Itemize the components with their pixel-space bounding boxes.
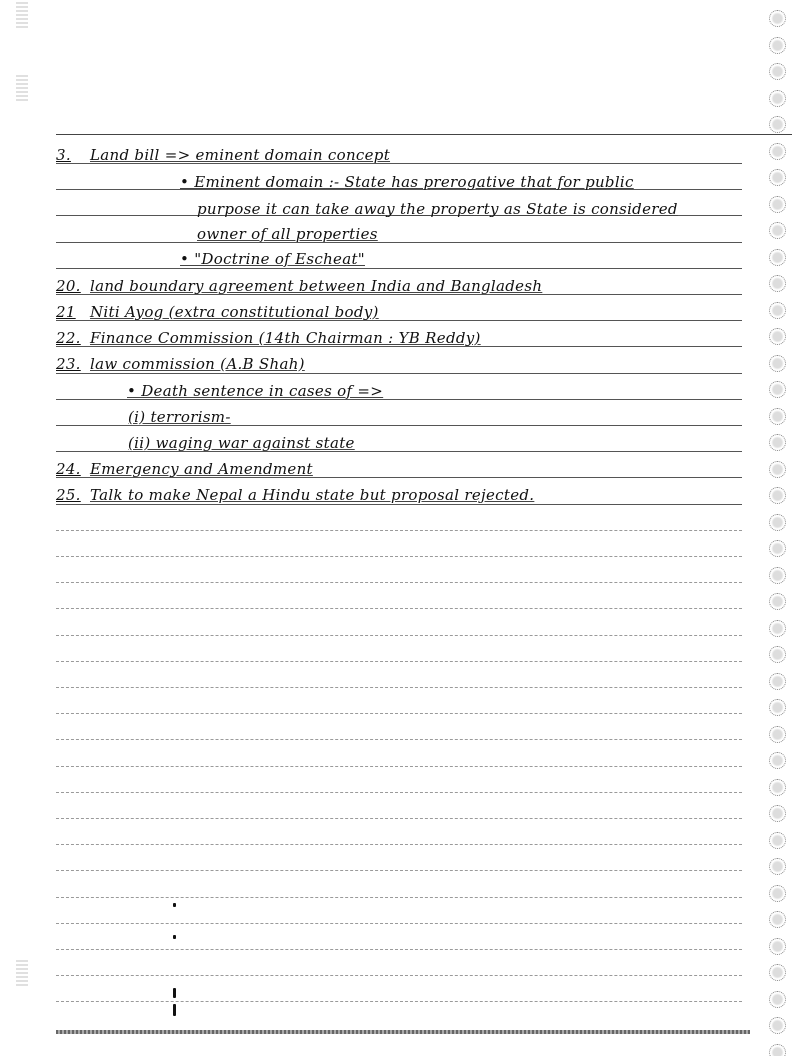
- spiral-binding-holes: [760, 0, 786, 1056]
- binding-hole: [769, 646, 786, 663]
- note-subline: • "Doctrine of Escheat": [180, 250, 365, 268]
- binding-hole: [769, 434, 786, 451]
- note-line-20: 20.land boundary agreement between India…: [56, 277, 542, 295]
- binding-hole: [769, 752, 786, 769]
- binding-hole: [769, 249, 786, 266]
- ruled-line: [56, 635, 742, 636]
- binding-hole: [769, 699, 786, 716]
- binding-hole: [769, 779, 786, 796]
- binding-hole: [769, 964, 786, 981]
- binding-hole: [769, 805, 786, 822]
- binding-hole: [769, 90, 786, 107]
- ink-mark: [173, 903, 176, 907]
- ruled-line: [56, 661, 742, 662]
- bottom-margin-rule: [56, 1030, 750, 1034]
- binding-hole: [769, 222, 786, 239]
- binding-hole: [769, 116, 786, 133]
- scan-noise: [16, 75, 28, 101]
- ruled-line: [56, 870, 742, 871]
- ink-mark: [173, 1004, 176, 1016]
- binding-hole: [769, 461, 786, 478]
- binding-hole: [769, 275, 786, 292]
- binding-hole: [769, 858, 786, 875]
- ruled-line: [56, 949, 742, 950]
- ruled-line: [56, 530, 742, 531]
- note-subline: owner of all properties: [197, 225, 378, 243]
- ruled-line: [56, 739, 742, 740]
- binding-hole: [769, 143, 786, 160]
- notebook-page: 3.Land bill => eminent domain concept • …: [0, 0, 792, 1056]
- ruled-line: [56, 792, 742, 793]
- note-line-24: 24.Emergency and Amendment: [56, 460, 313, 478]
- binding-hole: [769, 381, 786, 398]
- ruled-line: [56, 818, 742, 819]
- ruled-line: [56, 975, 742, 976]
- ruled-line: [56, 268, 742, 269]
- scan-noise: [16, 2, 28, 28]
- ruled-line: [56, 713, 742, 714]
- binding-hole: [769, 10, 786, 27]
- scan-noise: [16, 960, 28, 986]
- binding-hole: [769, 593, 786, 610]
- note-subline: • Death sentence in cases of =>: [127, 382, 383, 400]
- note-subline: (i) terrorism-: [128, 408, 231, 426]
- ruled-line: [56, 242, 742, 243]
- binding-hole: [769, 355, 786, 372]
- ruled-line: [56, 556, 742, 557]
- binding-hole: [769, 1044, 786, 1056]
- ruled-line: [56, 504, 742, 505]
- note-line-21: 21Niti Ayog (extra constitutional body): [56, 303, 379, 321]
- ink-mark: [173, 935, 176, 939]
- binding-hole: [769, 408, 786, 425]
- ruled-line: [56, 373, 742, 374]
- ruled-line: [56, 844, 742, 845]
- binding-hole: [769, 911, 786, 928]
- binding-hole: [769, 302, 786, 319]
- binding-hole: [769, 726, 786, 743]
- binding-hole: [769, 37, 786, 54]
- note-subline: purpose it can take away the property as…: [197, 200, 678, 218]
- binding-hole: [769, 169, 786, 186]
- note-line-25: 25.Talk to make Nepal a Hindu state but …: [56, 486, 534, 504]
- binding-hole: [769, 620, 786, 637]
- binding-hole: [769, 673, 786, 690]
- binding-hole: [769, 196, 786, 213]
- binding-hole: [769, 567, 786, 584]
- binding-hole: [769, 63, 786, 80]
- binding-hole: [769, 540, 786, 557]
- binding-hole: [769, 514, 786, 531]
- ruled-line: [56, 608, 742, 609]
- binding-hole: [769, 487, 786, 504]
- ruled-line: [56, 923, 742, 924]
- note-subline: (ii) waging war against state: [128, 434, 355, 452]
- ruled-line: [56, 897, 742, 898]
- ink-mark: [173, 988, 176, 998]
- binding-hole: [769, 991, 786, 1008]
- note-subline: • Eminent domain :- State has prerogativ…: [180, 173, 634, 191]
- note-line-22: 22.Finance Commission (14th Chairman : Y…: [56, 329, 481, 347]
- note-line-23: 23.law commission (A.B Shah): [56, 355, 305, 373]
- top-margin-rule: [56, 134, 792, 135]
- note-line-3: 3.Land bill => eminent domain concept: [56, 146, 390, 164]
- ruled-line: [56, 687, 742, 688]
- binding-hole: [769, 1017, 786, 1034]
- ruled-line: [56, 766, 742, 767]
- binding-hole: [769, 832, 786, 849]
- ruled-line: [56, 1001, 742, 1002]
- binding-hole: [769, 938, 786, 955]
- binding-hole: [769, 885, 786, 902]
- ruled-line: [56, 582, 742, 583]
- binding-hole: [769, 328, 786, 345]
